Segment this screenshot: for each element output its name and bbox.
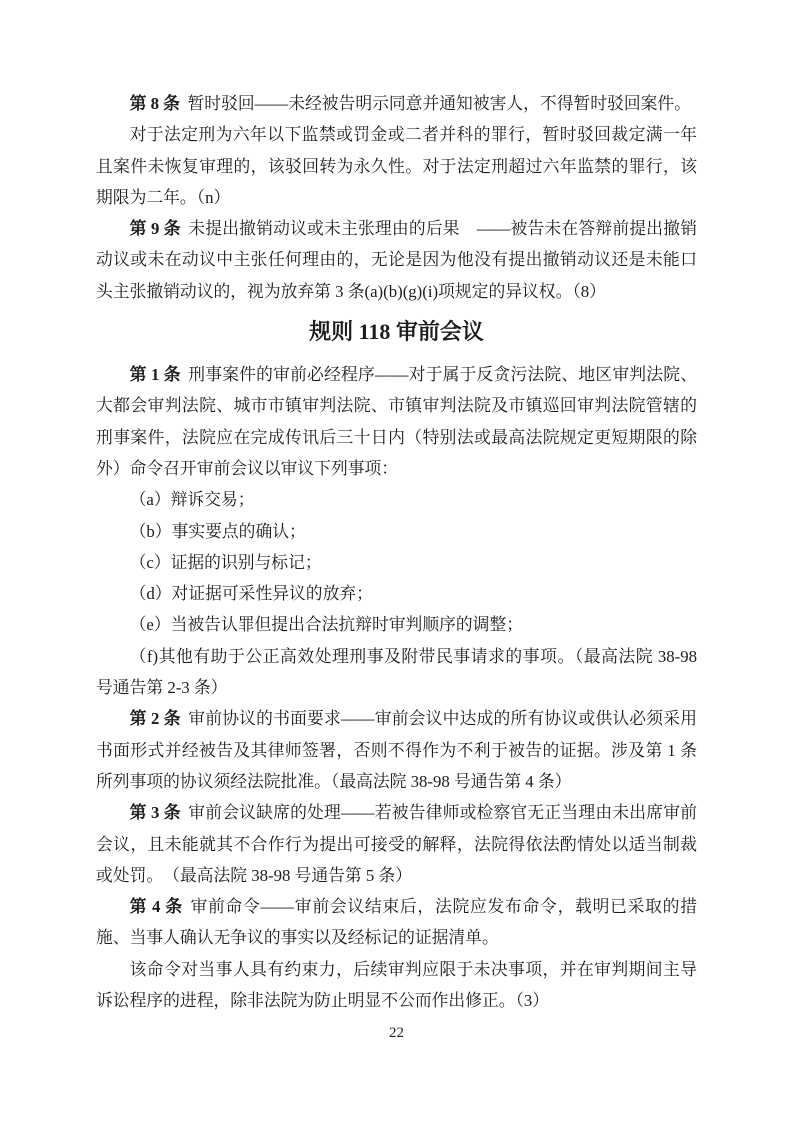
document-content: 第 8 条暂时驳回——未经被告明示同意并通知被害人，不得暂时驳回案件。对于法定刑… [96,88,697,1016]
article-label: 第 2 条 [130,709,181,728]
page-number: 22 [389,1025,404,1041]
paragraph-text: 未提出撤销动议或未主张理由的后果 ——被告未在答辩前提出撤销动议或未在动议中主张… [96,219,697,301]
paragraph: 第 3 条审前会议缺席的处理——若被告律师或检察官无正当理由未出席审前会议，且未… [96,797,697,891]
paragraph: 第 9 条未提出撤销动议或未主张理由的后果 ——被告未在答辩前提出撤销动议或未在… [96,213,697,307]
paragraph: 第 1 条刑事案件的审前必经程序——对于属于反贪污法院、地区审判法院、大都会审判… [96,359,697,484]
page-footer: 22 [0,1024,793,1042]
paragraph-text: 刑事案件的审前必经程序——对于属于反贪污法院、地区审判法院、大都会审判法院、城市… [96,365,697,478]
document-page: 第 8 条暂时驳回——未经被告明示同意并通知被害人，不得暂时驳回案件。对于法定刑… [0,0,793,1122]
paragraph: （c）证据的识别与标记； [96,547,697,578]
paragraph-text: 审前会议缺席的处理——若被告律师或检察官无正当理由未出席审前会议，且未能就其不合… [96,803,697,885]
article-label: 第 3 条 [130,803,181,822]
article-label: 第 1 条 [130,365,181,384]
paragraph: （d）对证据可采性异议的放弃； [96,578,697,609]
paragraph-text: 对于法定刑为六年以下监禁或罚金或二者并科的罪行，暂时驳回裁定满一年且案件未恢复审… [96,125,697,207]
article-label: 第 8 条 [130,94,180,113]
paragraph-text: （c）证据的识别与标记； [130,553,322,572]
paragraph: 第 8 条暂时驳回——未经被告明示同意并通知被害人，不得暂时驳回案件。 [96,88,697,119]
paragraph: 第 2 条审前协议的书面要求——审前会议中达成的所有协议或供认必须采用书面形式并… [96,703,697,797]
paragraph-text: 审前命令——审前会议结束后，法院应发布命令，载明已采取的措施、当事人确认无争议的… [96,897,697,947]
paragraph: （e）当被告认罪但提出合法抗辩时审判顺序的调整； [96,609,697,640]
paragraph-text: （b）事实要点的确认； [130,522,306,541]
paragraph-text: （e）当被告认罪但提出合法抗辩时审判顺序的调整； [130,615,523,634]
paragraph-text: 暂时驳回——未经被告明示同意并通知被害人，不得暂时驳回案件。 [188,94,691,113]
paragraph-text: （a）辩诉交易； [130,490,255,509]
paragraph: （b）事实要点的确认； [96,516,697,547]
rule-heading: 规则 118 审前会议 [96,312,697,352]
paragraph-text: 该命令对当事人具有约束力，后续审判应限于未决事项，并在审判期间主导诉讼程序的进程… [96,960,697,1010]
paragraph-text: （f)其他有助于公正高效处理刑事及附带民事请求的事项。（最高法院 38-98 号… [96,647,697,697]
paragraph-text: 审前协议的书面要求——审前会议中达成的所有协议或供认必须采用书面形式并经被告及其… [96,709,697,791]
paragraph: 该命令对当事人具有约束力，后续审判应限于未决事项，并在审判期间主导诉讼程序的进程… [96,954,697,1017]
article-label: 第 4 条 [130,897,183,916]
paragraph: （a）辩诉交易； [96,484,697,515]
paragraph: （f)其他有助于公正高效处理刑事及附带民事请求的事项。（最高法院 38-98 号… [96,641,697,704]
paragraph: 第 4 条审前命令——审前会议结束后，法院应发布命令，载明已采取的措施、当事人确… [96,891,697,954]
paragraph-text: （d）对证据可采性异议的放弃； [130,584,373,603]
article-label: 第 9 条 [130,219,181,238]
paragraph: 对于法定刑为六年以下监禁或罚金或二者并科的罪行，暂时驳回裁定满一年且案件未恢复审… [96,119,697,213]
